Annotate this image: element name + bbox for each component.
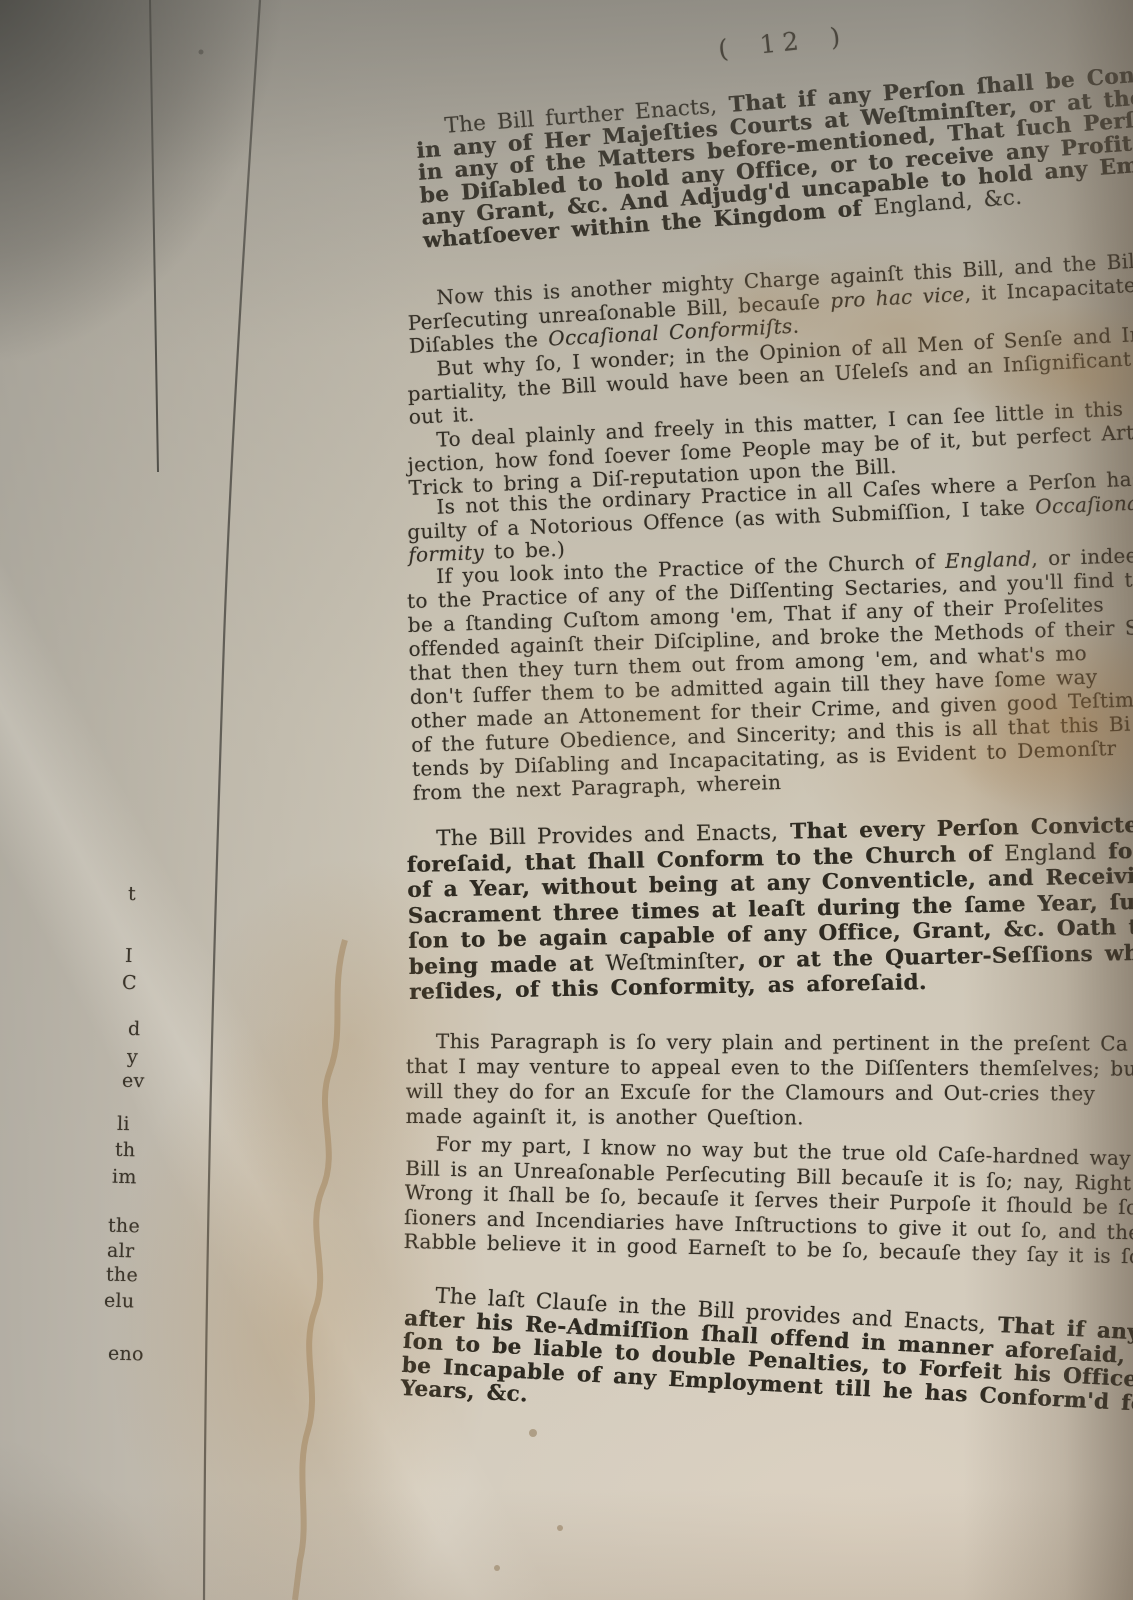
edge-text-fragment: C [122, 972, 137, 994]
paragraph-p8: This Paragraph is ſo very plain and pert… [406, 1029, 1133, 1132]
edge-text-fragment: I [125, 945, 133, 967]
photographed-pamphlet-page: ( 12 ) The Bill further Enacts, That if … [0, 0, 1133, 1600]
paragraph-p9: For my part, I know no way but the true … [403, 1131, 1133, 1270]
edge-text-fragment: alr [107, 1240, 135, 1263]
paragraph-p7: The Bill Provides and Enacts, That every… [406, 812, 1133, 1006]
paragraph-p1: The Bill further Enacts, That if any Per… [414, 60, 1133, 252]
paragraph-p10: The laſt Clauſe in the Bill provides and… [400, 1283, 1133, 1442]
page-number: ( 12 ) [717, 21, 849, 63]
printed-text-layer: ( 12 ) The Bill further Enacts, That if … [0, 0, 1133, 1600]
paragraph-p6: If you look into the Practice of the Chu… [406, 542, 1133, 805]
edge-text-fragment: th [115, 1139, 136, 1162]
edge-text-fragment: im [112, 1166, 137, 1189]
edge-text-fragment: the [108, 1215, 141, 1238]
edge-text-fragment: elu [104, 1290, 135, 1313]
edge-text-fragment: t [128, 883, 137, 905]
edge-text-fragment: y [127, 1046, 139, 1068]
edge-text-fragment: eno [108, 1343, 144, 1366]
edge-text-fragment: li [117, 1113, 130, 1135]
text-line: will they do for an Excuſe for the Clamo… [406, 1079, 1133, 1107]
text-line: made againſt it, is another Queſtion. [406, 1104, 1133, 1132]
edge-text-fragment: d [128, 1018, 141, 1040]
text-line: that I may venture to appeal even to the… [406, 1054, 1133, 1082]
edge-text-fragment: the [106, 1264, 139, 1287]
edge-text-fragment: ev [122, 1070, 145, 1093]
text-line: This Paragraph is ſo very plain and pert… [406, 1029, 1133, 1057]
